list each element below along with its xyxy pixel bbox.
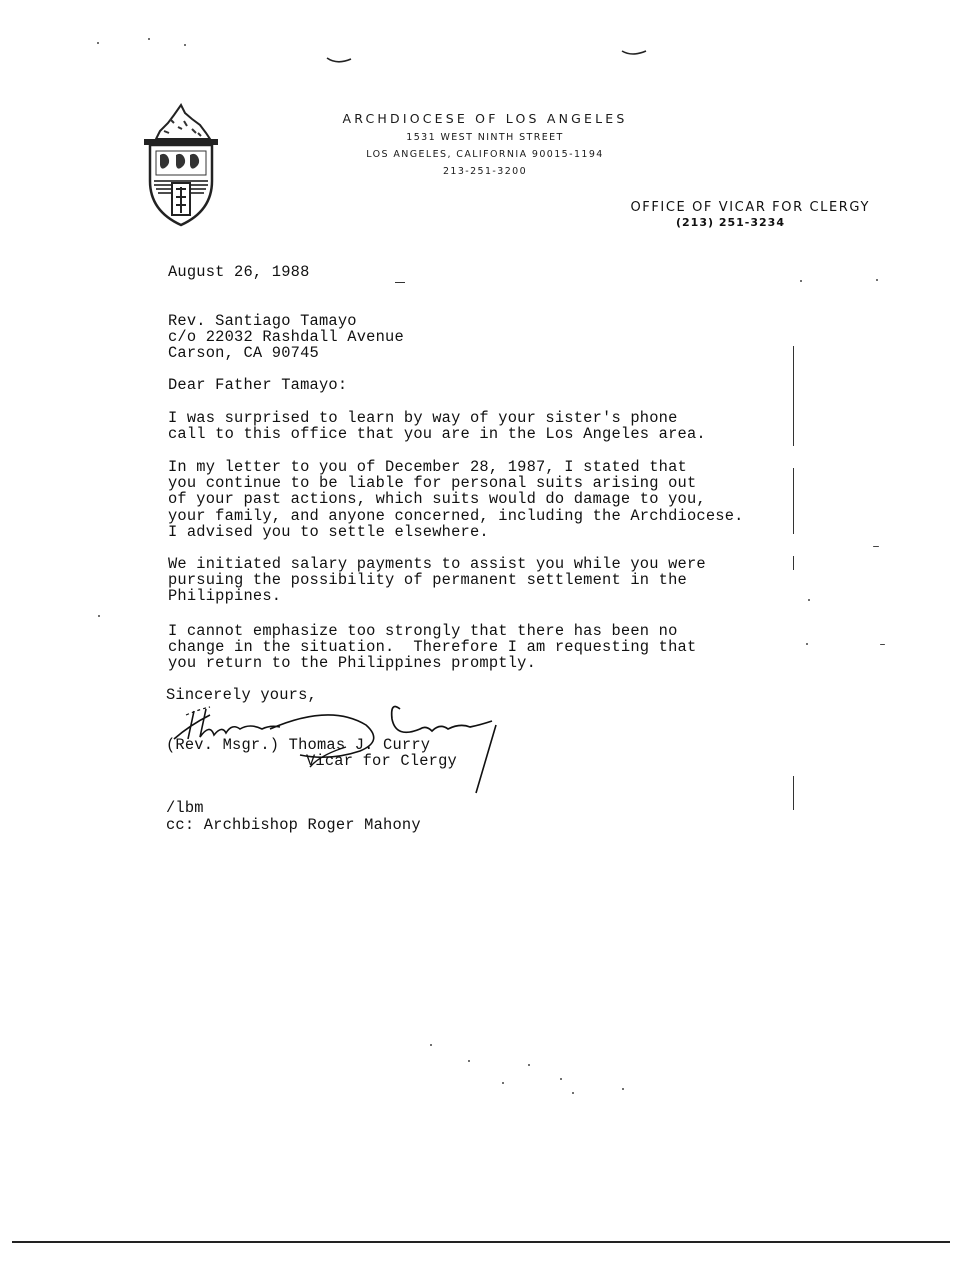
salutation: Dear Father Tamayo: [168,377,347,393]
margin-scan-line [793,556,794,570]
paragraph-line: you continue to be liable for personal s… [168,475,744,491]
scan-speck [880,644,885,645]
scan-speck [806,643,808,645]
recipient-line: c/o 22032 Rashdall Avenue [168,329,404,345]
handwritten-signature-icon [170,695,510,800]
carbon-copy: cc: Archbishop Roger Mahony [166,817,421,833]
letterhead-city: LOS ANGELES, CALIFORNIA 90015-1194 [330,149,640,160]
office-name: OFFICE OF VICAR FOR CLERGY [560,200,870,215]
margin-scan-line [793,468,794,534]
letterhead-organization: ARCHDIOCESE OF LOS ANGELES [330,111,640,126]
scan-speck [876,279,878,281]
letterhead-street: 1531 WEST NINTH STREET [330,132,640,143]
scan-speck [873,546,879,547]
archdiocese-crest-icon [140,103,222,227]
paragraph-line: In my letter to you of December 28, 1987… [168,459,744,475]
paragraph-3: We initiated salary payments to assist y… [168,556,706,605]
recipient-line: Rev. Santiago Tamayo [168,313,404,329]
paragraph-line: I was surprised to learn by way of your … [168,410,706,426]
scan-speck [97,42,99,44]
paragraph-line: Philippines. [168,588,706,604]
scan-speck [560,1078,562,1080]
scan-mark [620,48,650,60]
scan-speck [800,280,802,282]
typist-initials: /lbm [166,800,204,816]
paragraph-line: pursuing the possibility of permanent se… [168,572,706,588]
scan-speck [184,44,186,46]
paragraph-line: I cannot emphasize too strongly that the… [168,623,696,639]
margin-scan-line [793,776,794,810]
paragraph-line: change in the situation. Therefore I am … [168,639,696,655]
letter-date: August 26, 1988 [168,264,310,280]
scan-mark [325,55,355,67]
scan-speck [502,1082,504,1084]
paragraph-4: I cannot emphasize too strongly that the… [168,623,696,672]
scan-mark [395,282,405,283]
paragraph-line: of your past actions, which suits would … [168,491,744,507]
margin-scan-line [793,346,794,446]
scan-speck [528,1064,530,1066]
scan-speck [808,599,810,601]
office-phone: (213) 251-3234 [560,216,785,229]
scan-speck [430,1044,432,1046]
recipient-line: Carson, CA 90745 [168,345,404,361]
letterhead-phone: 213-251-3200 [330,166,640,177]
paragraph-1: I was surprised to learn by way of your … [168,410,706,442]
scan-speck [572,1092,574,1094]
recipient-address: Rev. Santiago Tamayo c/o 22032 Rashdall … [168,313,404,362]
paragraph-line: your family, and anyone concerned, inclu… [168,508,744,524]
paragraph-line: We initiated salary payments to assist y… [168,556,706,572]
bottom-rule [12,1241,950,1243]
scan-speck [468,1060,470,1062]
scan-speck [148,38,150,40]
paragraph-2: In my letter to you of December 28, 1987… [168,459,744,540]
paragraph-line: I advised you to settle elsewhere. [168,524,744,540]
scan-speck [622,1088,624,1090]
scan-speck [98,615,100,617]
paragraph-line: call to this office that you are in the … [168,426,706,442]
paragraph-line: you return to the Philippines promptly. [168,655,696,671]
